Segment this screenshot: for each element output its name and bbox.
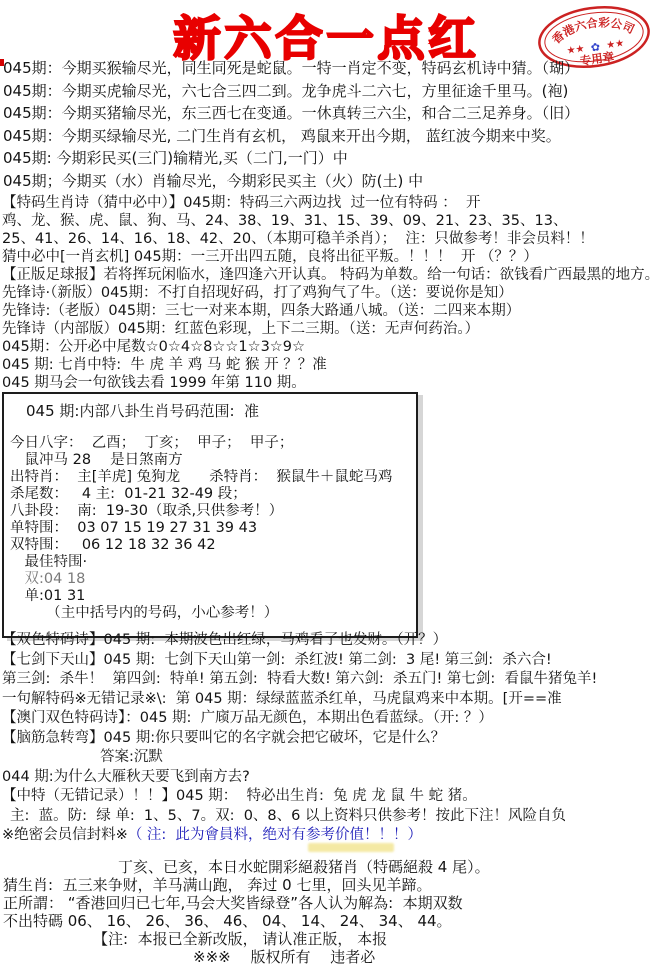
footer-line: 丁亥、已亥，本日水蛇開彩絕殺猪肖（特碼絕殺 4 尾）。 [3, 858, 490, 876]
box-line: 最佳特围· [4, 554, 416, 571]
poem-line: 045期: 今期彩民买(三门)输精光,买（二门,一门）中 [3, 147, 579, 170]
riddle-line: 044 期:为什么大雁秋天要飞到南方去? [2, 768, 597, 788]
box-line: 双特围： 06 12 18 32 36 42 [4, 537, 416, 554]
riddle-line: 【脑筋急转弯】045 期:你只要叫它的名字就会把它破坏，它是什么？ [2, 729, 597, 749]
tip-line: 鸡、龙、猴、虎、鼠、狗、马、24、38、19、31、15、39、09、21、23… [2, 212, 653, 230]
secret-member-label: ※绝密会员信封料※ [2, 827, 128, 843]
faded-watermark [308, 843, 394, 852]
footer-line: 正所謂： “香港回归已七年,马会大奖皆绿登”各人认为解為: 本期双数 [3, 894, 490, 912]
footer-line: 不出特碼 06、 16、 26、 36、 46、 04、 14、 24、 34、… [3, 912, 490, 930]
poem-line: 045期；今期买（水）肖输尽光，今期彩民买主（火）防(土) 中 [3, 170, 579, 193]
poem-line: 045期：今期买绿输尽光, 二门生肖有玄机， 鸡鼠来开出今期， 蓝红波今期来中奖… [3, 125, 579, 148]
tip-line: 猜中必中[一肖玄机] 045期：一三开出四五随，良将出征平叛。！！！ 开 （？？… [2, 248, 653, 266]
tips-section: 【特码生肖诗（猜中必中）】045期：特码三六两边找 过一位有特码 ： 开 鸡、龙… [2, 194, 653, 392]
tip-line: 045 期马会一句欲钱去看 1999 年第 110 期。 [2, 374, 653, 392]
box-line-faded: 双:04 18 [4, 571, 416, 588]
box-line: 单特围： 03 07 15 19 27 31 39 43 [4, 520, 416, 537]
box-line: 鼠冲马 28 是日煞南方 [4, 452, 416, 469]
tip-line: 【七剑下天山】045 期: 七剑下天山第一剑: 杀红波! 第二剑: 3 尾! 第… [2, 651, 597, 671]
tip-line: 045 期: 七肖中特: 牛 虎 羊 鸡 马 蛇 猴 开 ？？准 [2, 356, 653, 374]
box-line: 杀尾数： 4 主: 01-21 32-49 段； [4, 486, 416, 503]
tip-line: 先锋诗:（老版）045期：三七一对来本期，四条大路通八城。（送：二四来本期） [2, 302, 653, 320]
copyright-line: ※※※ 版权所有 违者必 [3, 948, 490, 966]
tip-line: 一句解特码※无错记录※\: 第 045 期：绿绿蓝蓝杀红单，马虎鼠鸡来中本期。[… [2, 690, 597, 710]
box-line: 出特肖： 主[羊虎] 兔狗龙 杀特肖： 猴鼠牛＋鼠蛇马鸡 [4, 469, 416, 486]
tip-line: 先锋诗（内部版）045期：红蓝色彩现，上下二三期。（送：无声何药治。） [2, 320, 653, 338]
box-line: 单:01 31 [4, 588, 416, 605]
secret-member-note: （ 注: 此为會員料，绝对有参考价值！！！） [128, 827, 422, 843]
tip-line: 【特码生肖诗（猜中必中）】045期：特码三六两边找 过一位有特码 ： 开 [2, 194, 653, 212]
tip-line: 25、41、26、14、16、18、42、20、（本期可稳羊杀肖）； 注：只做参… [2, 230, 653, 248]
footer-section: 丁亥、已亥，本日水蛇開彩絕殺猪肖（特碼絕殺 4 尾）。 猜生肖: 五三来争财，羊… [3, 858, 490, 966]
riddle-answer: 答案:沉默 [2, 748, 597, 768]
secret-member-line: ※绝密会员信封料※（ 注: 此为會員料，绝对有参考价值！！！） [2, 826, 597, 846]
notice-line: 【注: 本报已全新改版， 请认准正版， 本报 [3, 930, 490, 948]
tip-line: 【中特（无错记录）！！】045 期： 特必出生肖: 兔 虎 龙 鼠 牛 蛇 猪。 [2, 787, 597, 807]
box-line: 八卦段： 南: 19-30（取杀,只供参考！） [4, 503, 416, 520]
tip-line: 【澳门双色特码诗】：045 期: 广庼万品无颜色，本期出色看蓝绿。（开: ？） [2, 709, 597, 729]
tip-line: 【正版足球报】若将挥玩闲临水，逢四逢六开认真。 特码为单数。给一句话：欲钱看广西… [2, 266, 653, 284]
bagua-box: 045 期:内部八卦生肖号码范围: 准 今日八字： 乙酉； 丁亥； 甲子； 甲子… [2, 392, 418, 638]
poem-line: 045期：今期买虎输尽光，六七合三四二到。龙争虎斗二六七，方里征途千里马。(袍) [3, 80, 579, 103]
tip-line: 第三剑: 杀牛！ 第四剑: 特单! 第五剑: 特看大数! 第六剑: 杀五门! 第… [2, 670, 597, 690]
intro-section: 045期：今期买猴输尽光，同生同死是蛇鼠。一特一肖定不变，特码玄机诗中猜。（瑚）… [3, 57, 579, 192]
bagua-box-title: 045 期:内部八卦生肖号码范围: 准 [4, 403, 416, 420]
poem-line: 045期：今期买猴输尽光，同生同死是蛇鼠。一特一肖定不变，特码玄机诗中猜。（瑚） [3, 57, 579, 80]
footer-line: 猜生肖: 五三来争财，羊马满山跑， 奔过 0 七里，回头见羊蹄。 [3, 876, 490, 894]
poem-line: 045期：今期买猪输尽光，东三西七在变通。一休真转三六尘，和合二三足养身。（旧） [3, 102, 579, 125]
box-line: 今日八字： 乙酉； 丁亥； 甲子； 甲子； [4, 435, 416, 452]
box-line: （主中括号内的号码，小心参考！） [4, 605, 416, 622]
tip-line: 先锋诗·（新版）045期：不打自招现好码，打了鸡狗气了牛。（送：要说你是知） [2, 284, 653, 302]
tip-line: 【双色特码诗】045 期: 本期波色出红绿，马鸡看了也发财。（开？） [2, 631, 597, 651]
lottery-tip-sheet: 新六合一点红 香港六合彩公司 ★★ ✿ ★★ 专用章 045期：今期买猴输尽光，… [0, 0, 653, 969]
tip-line: 045期：公开必中尾数☆0☆4☆8☆☆1☆3☆9☆ [2, 338, 653, 356]
mid-section: 【双色特码诗】045 期: 本期波色出红绿，马鸡看了也发财。（开？） 【七剑下天… [2, 631, 597, 846]
tip-line: 主: 蓝。防: 绿 单: 1、5、7。双: 0、8、6 以上资料只供参考！按此下… [2, 807, 597, 827]
